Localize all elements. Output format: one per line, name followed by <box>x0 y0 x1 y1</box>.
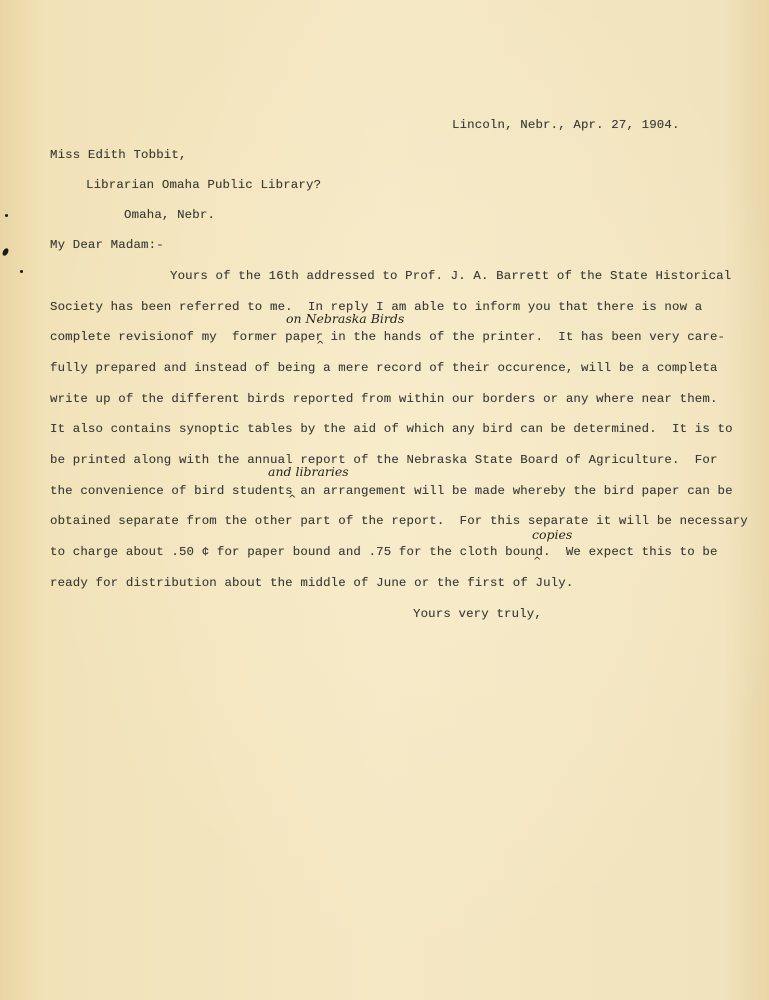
handwritten-insertion: and libraries <box>268 464 349 479</box>
salutation: My Dear Madam:- <box>50 238 164 252</box>
handwritten-insertion: on Nebraska Birds <box>286 311 404 326</box>
insertion-caret: ^ <box>533 556 541 567</box>
ink-mark <box>1 247 9 256</box>
body-line: obtained separate from the other part of… <box>50 514 748 528</box>
recipient-address: Omaha, Nebr. <box>124 208 215 222</box>
body-line: It also contains synoptic tables by the … <box>50 422 733 436</box>
ink-mark <box>20 270 23 273</box>
body-line: ready for distribution about the middle … <box>50 576 573 590</box>
body-line: be printed along with the annual report … <box>50 453 718 467</box>
body-line: to charge about .50 ¢ for paper bound an… <box>50 545 718 559</box>
recipient-title: Librarian Omaha Public Library? <box>86 178 321 192</box>
body-line: Yours of the 16th addressed to Prof. J. … <box>170 269 731 283</box>
recipient-name: Miss Edith Tobbit, <box>50 148 187 162</box>
letter-page: Lincoln, Nebr., Apr. 27, 1904. Miss Edit… <box>0 0 769 1000</box>
insertion-caret: ^ <box>288 494 296 505</box>
body-line: fully prepared and instead of being a me… <box>50 361 718 375</box>
insertion-caret: ^ <box>316 340 324 351</box>
body-line: complete revisionof my former paper in t… <box>50 330 725 344</box>
body-line: the convenience of bird students an arra… <box>50 484 733 498</box>
dateline: Lincoln, Nebr., Apr. 27, 1904. <box>452 118 680 132</box>
handwritten-insertion: copies <box>532 527 572 542</box>
body-line: write up of the different birds reported… <box>50 392 718 406</box>
ink-mark <box>5 214 8 217</box>
closing: Yours very truly, <box>413 607 542 621</box>
